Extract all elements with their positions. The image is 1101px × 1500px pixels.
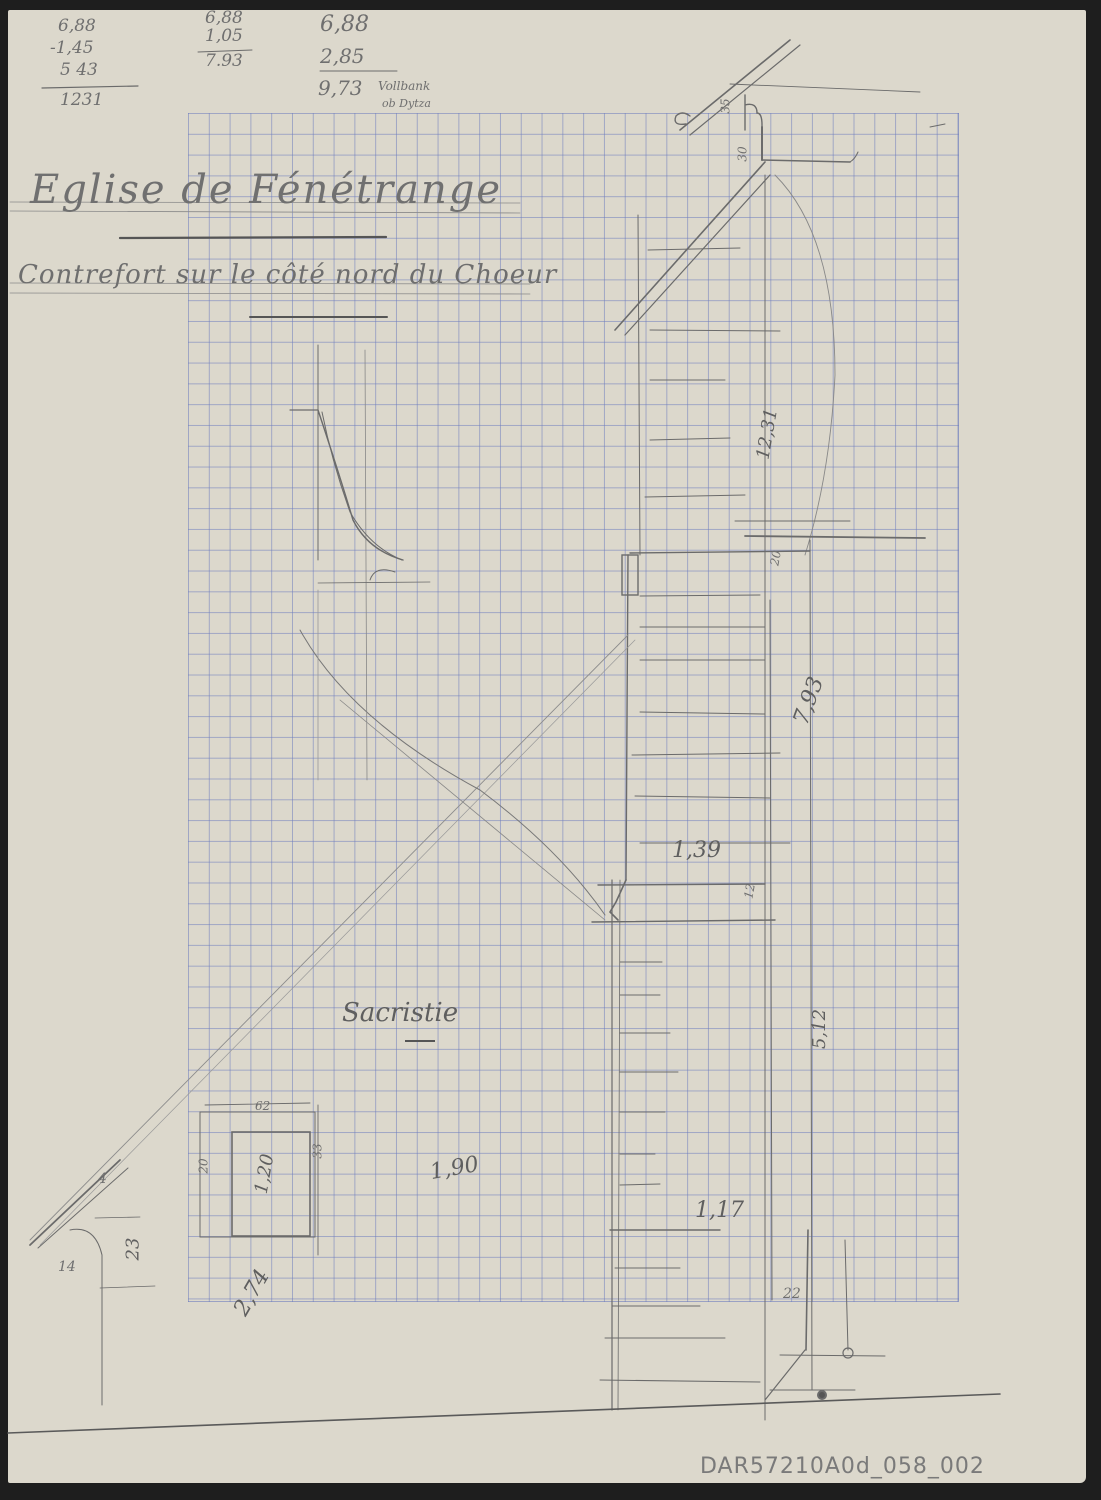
buttress-sketch-drawing xyxy=(0,0,1101,1500)
sacristie-label: Sacristie xyxy=(342,1000,458,1026)
dim-22: 22 xyxy=(783,1287,801,1301)
dim-5-12: 5,12 xyxy=(811,1009,829,1049)
calc-col1-line2: -1,45 xyxy=(50,40,94,57)
dim-30: 30 xyxy=(737,146,749,161)
dim-window-20: 20 xyxy=(198,1158,210,1173)
dim-left-4: 4 xyxy=(98,1172,107,1186)
calc-col3-result: 9,73 xyxy=(318,78,363,98)
archive-reference: DAR57210A0d_058_002 xyxy=(700,1456,985,1478)
dim-window-33: 33 xyxy=(312,1143,324,1158)
calc-col1-line1: 6,88 xyxy=(58,18,96,35)
dim-1-17: 1,17 xyxy=(695,1200,744,1222)
sacristie-underline xyxy=(405,1040,435,1042)
calc-col2-line2: 1,05 xyxy=(205,28,243,45)
calc-col3-line1: 6,88 xyxy=(320,14,369,36)
calc-col2-line1: 6,88 xyxy=(205,10,243,27)
calc-col1-line3: 5 43 xyxy=(60,62,98,79)
document-title: Eglise de Fénétrange xyxy=(30,170,502,210)
dim-left-23: 23 xyxy=(124,1238,142,1261)
calc-note-line2: ob Dytza xyxy=(382,98,431,109)
document-subtitle: Contrefort sur le côté nord du Choeur xyxy=(18,262,557,288)
dim-35: 35 xyxy=(720,98,732,113)
calc-col1-result: 1231 xyxy=(60,92,103,109)
dim-window-62: 62 xyxy=(255,1100,270,1112)
dim-12: 12 xyxy=(742,882,756,899)
dim-left-14: 14 xyxy=(58,1260,76,1274)
calc-col2-result: 7.93 xyxy=(205,53,243,70)
dim-20: 20 xyxy=(768,549,782,566)
calc-col3-line2: 2,85 xyxy=(320,46,365,66)
dim-1-39: 1,39 xyxy=(672,840,721,862)
calc-note-line1: Vollbank xyxy=(378,80,430,92)
